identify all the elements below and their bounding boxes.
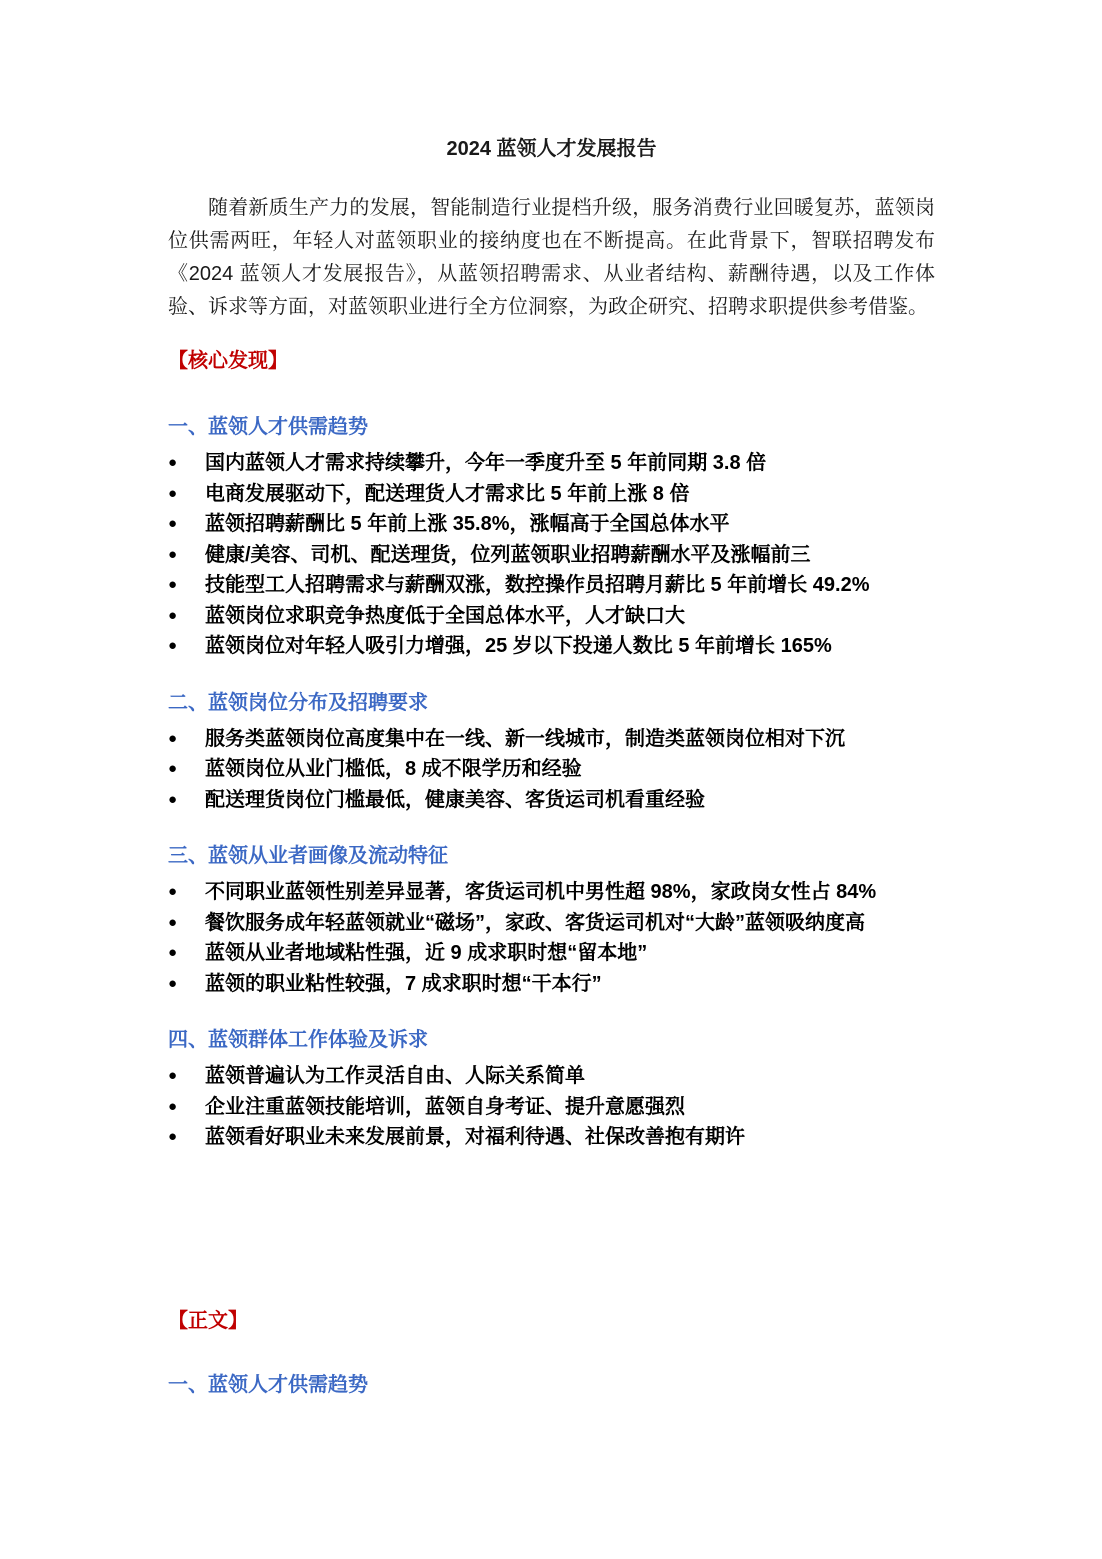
section-job-distribution-requirements: 二、蓝领岗位分布及招聘要求 ● 服务类蓝领岗位高度集中在一线、新一线城市，制造类… (168, 690, 935, 816)
bullet-text: 蓝领的职业粘性较强，7 成求职时想“干本行” (205, 969, 935, 1000)
bullet-item: ● 国内蓝领人才需求持续攀升，今年一季度升至 5 年前同期 3.8 倍 (168, 448, 935, 479)
bullet-item: ● 蓝领招聘薪酬比 5 年前上涨 35.8%，涨幅高于全国总体水平 (168, 509, 935, 540)
bullet-list: ● 服务类蓝领岗位高度集中在一线、新一线城市，制造类蓝领岗位相对下沉 ● 蓝领岗… (168, 724, 935, 816)
section-supply-demand-trends: 一、蓝领人才供需趋势 ● 国内蓝领人才需求持续攀升，今年一季度升至 5 年前同期… (168, 414, 935, 662)
bullet-text: 蓝领岗位从业门槛低，8 成不限学历和经验 (205, 754, 935, 785)
bullet-item: ● 配送理货岗位门槛最低，健康美容、客货运司机看重经验 (168, 785, 935, 816)
section-heading: 二、蓝领岗位分布及招聘要求 (168, 690, 935, 716)
bullet-icon: ● (168, 631, 205, 662)
bullet-icon: ● (168, 1122, 205, 1153)
bullet-item: ● 蓝领的职业粘性较强，7 成求职时想“干本行” (168, 969, 935, 1000)
bullet-text: 餐饮服务成年轻蓝领就业“磁场”，家政、客货运司机对“大龄”蓝领吸纳度高 (205, 908, 935, 939)
bullet-icon: ● (168, 448, 205, 479)
bullet-icon: ● (168, 754, 205, 785)
bullet-item: ● 蓝领普遍认为工作灵活自由、人际关系简单 (168, 1061, 935, 1092)
bullet-item: ● 技能型工人招聘需求与薪酬双涨，数控操作员招聘月薪比 5 年前增长 49.2% (168, 570, 935, 601)
bullet-item: ● 企业注重蓝领技能培训，蓝领自身考证、提升意愿强烈 (168, 1092, 935, 1123)
bullet-item: ● 不同职业蓝领性别差异显著，客货运司机中男性超 98%，家政岗女性占 84% (168, 877, 935, 908)
bullet-list: ● 蓝领普遍认为工作灵活自由、人际关系简单 ● 企业注重蓝领技能培训，蓝领自身考… (168, 1061, 935, 1153)
bullet-text: 蓝领岗位对年轻人吸引力增强，25 岁以下投递人数比 5 年前增长 165% (205, 631, 935, 662)
bullet-item: ● 电商发展驱动下，配送理货人才需求比 5 年前上涨 8 倍 (168, 479, 935, 510)
bullet-icon: ● (168, 601, 205, 632)
bullet-text: 蓝领看好职业未来发展前景，对福利待遇、社保改善抱有期许 (205, 1122, 935, 1153)
section-worker-profile-mobility: 三、蓝领从业者画像及流动特征 ● 不同职业蓝领性别差异显著，客货运司机中男性超 … (168, 843, 935, 999)
section-heading: 三、蓝领从业者画像及流动特征 (168, 843, 935, 869)
bullet-item: ● 蓝领从业者地域粘性强，近 9 成求职时想“留本地” (168, 938, 935, 969)
bullet-item: ● 服务类蓝领岗位高度集中在一线、新一线城市，制造类蓝领岗位相对下沉 (168, 724, 935, 755)
bullet-text: 蓝领岗位求职竞争热度低于全国总体水平，人才缺口大 (205, 601, 935, 632)
bullet-item: ● 健康/美容、司机、配送理货，位列蓝领职业招聘薪酬水平及涨幅前三 (168, 540, 935, 571)
bullet-text: 不同职业蓝领性别差异显著，客货运司机中男性超 98%，家政岗女性占 84% (205, 877, 935, 908)
bullet-text: 健康/美容、司机、配送理货，位列蓝领职业招聘薪酬水平及涨幅前三 (205, 540, 935, 571)
bullet-icon: ● (168, 785, 205, 816)
bullet-icon: ● (168, 1092, 205, 1123)
bullet-text: 配送理货岗位门槛最低，健康美容、客货运司机看重经验 (205, 785, 935, 816)
section-work-experience-demands: 四、蓝领群体工作体验及诉求 ● 蓝领普遍认为工作灵活自由、人际关系简单 ● 企业… (168, 1027, 935, 1153)
bullet-icon: ● (168, 877, 205, 908)
bullet-text: 蓝领从业者地域粘性强，近 9 成求职时想“留本地” (205, 938, 935, 969)
bullet-item: ● 蓝领岗位求职竞争热度低于全国总体水平，人才缺口大 (168, 601, 935, 632)
bullet-text: 企业注重蓝领技能培训，蓝领自身考证、提升意愿强烈 (205, 1092, 935, 1123)
section-heading: 一、蓝领人才供需趋势 (168, 414, 935, 440)
bullet-icon: ● (168, 509, 205, 540)
bullet-list: ● 不同职业蓝领性别差异显著，客货运司机中男性超 98%，家政岗女性占 84% … (168, 877, 935, 999)
bullet-icon: ● (168, 1061, 205, 1092)
intro-paragraph: 随着新质生产力的发展，智能制造行业提档升级，服务消费行业回暖复苏，蓝领岗位供需两… (168, 192, 935, 324)
bullet-item: ● 蓝领岗位从业门槛低，8 成不限学历和经验 (168, 754, 935, 785)
bullet-list: ● 国内蓝领人才需求持续攀升，今年一季度升至 5 年前同期 3.8 倍 ● 电商… (168, 448, 935, 662)
bullet-text: 蓝领招聘薪酬比 5 年前上涨 35.8%，涨幅高于全国总体水平 (205, 509, 935, 540)
bullet-icon: ● (168, 540, 205, 571)
document-page: 2024 蓝领人才发展报告 随着新质生产力的发展，智能制造行业提档升级，服务消费… (0, 0, 1102, 1559)
bullet-icon: ● (168, 479, 205, 510)
section-heading: 四、蓝领群体工作体验及诉求 (168, 1027, 935, 1053)
bullet-icon: ● (168, 570, 205, 601)
bullet-item: ● 蓝领看好职业未来发展前景，对福利待遇、社保改善抱有期许 (168, 1122, 935, 1153)
bullet-text: 蓝领普遍认为工作灵活自由、人际关系简单 (205, 1061, 935, 1092)
bullet-icon: ● (168, 938, 205, 969)
core-findings-label: 【核心发现】 (168, 348, 935, 374)
body-text-label: 【正文】 (168, 1308, 935, 1334)
bullet-text: 国内蓝领人才需求持续攀升，今年一季度升至 5 年前同期 3.8 倍 (205, 448, 935, 479)
bullet-icon: ● (168, 724, 205, 755)
bullet-item: ● 餐饮服务成年轻蓝领就业“磁场”，家政、客货运司机对“大龄”蓝领吸纳度高 (168, 908, 935, 939)
body-first-section-heading: 一、蓝领人才供需趋势 (168, 1372, 935, 1398)
bullet-text: 技能型工人招聘需求与薪酬双涨，数控操作员招聘月薪比 5 年前增长 49.2% (205, 570, 935, 601)
document-title: 2024 蓝领人才发展报告 (168, 136, 935, 162)
bullet-icon: ● (168, 969, 205, 1000)
bullet-text: 电商发展驱动下，配送理货人才需求比 5 年前上涨 8 倍 (205, 479, 935, 510)
bullet-item: ● 蓝领岗位对年轻人吸引力增强，25 岁以下投递人数比 5 年前增长 165% (168, 631, 935, 662)
bullet-text: 服务类蓝领岗位高度集中在一线、新一线城市，制造类蓝领岗位相对下沉 (205, 724, 935, 755)
bullet-icon: ● (168, 908, 205, 939)
